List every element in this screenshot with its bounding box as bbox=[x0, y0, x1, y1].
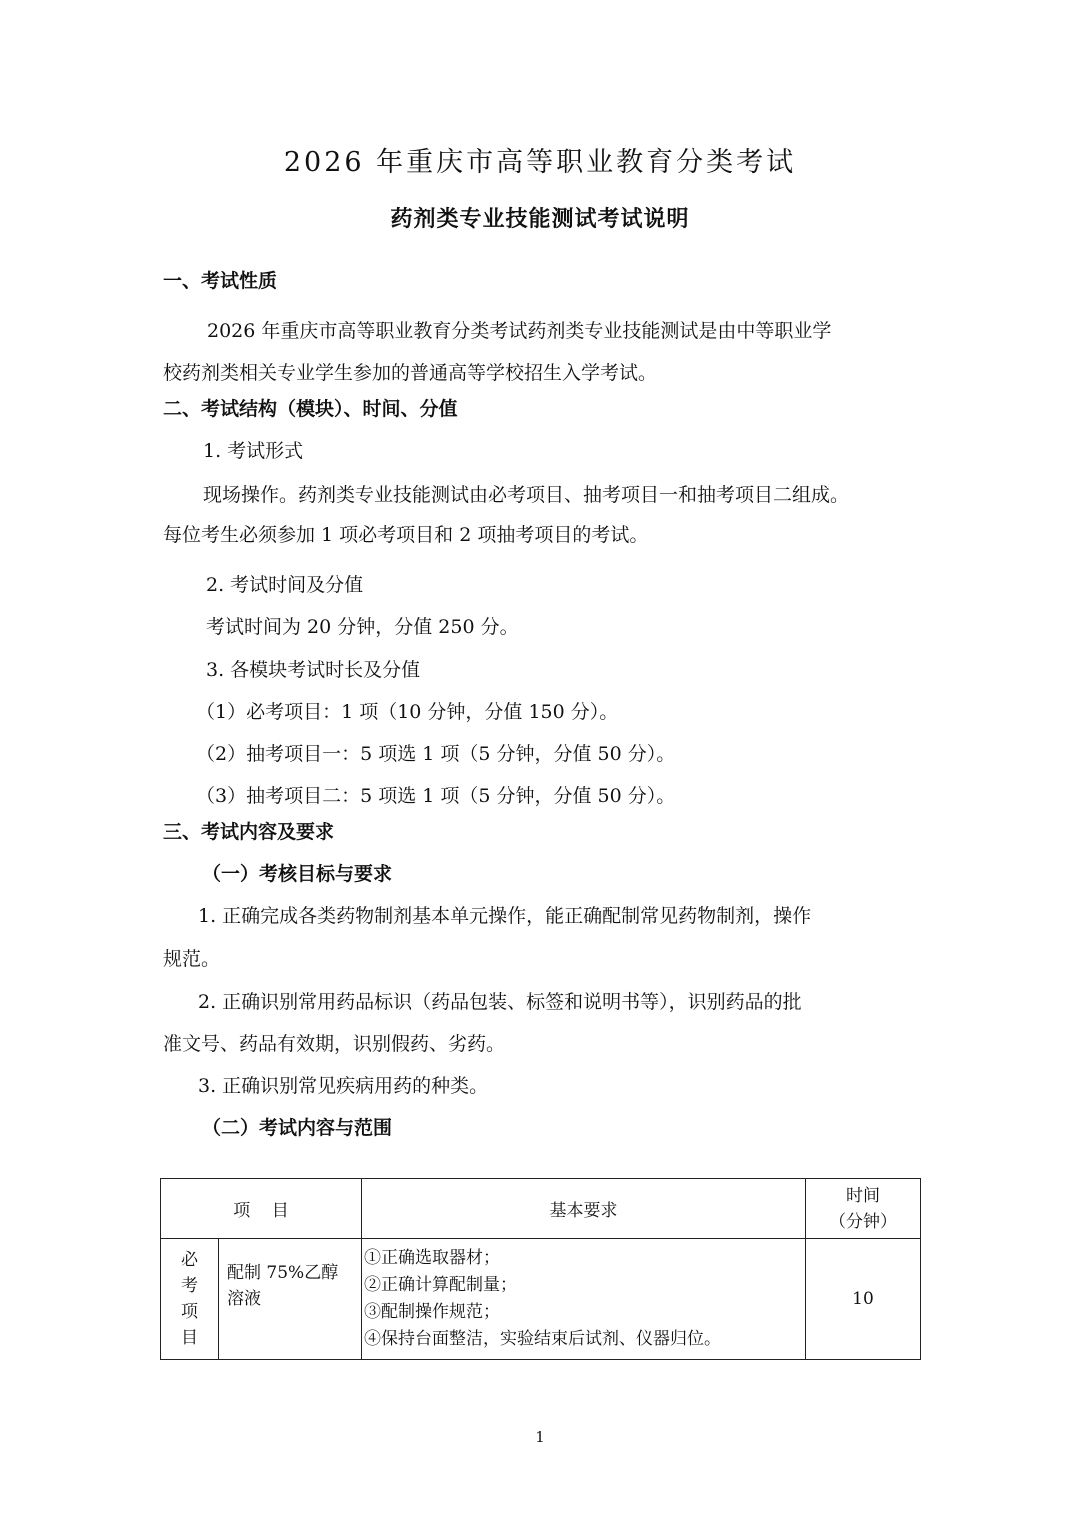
item-name-line: 溶液 bbox=[227, 1286, 360, 1312]
paragraph-line: 校药剂类相关专业学生参加的普通高等学校招生入学考试。 bbox=[163, 358, 657, 385]
section-heading-structure: 二、考试结构（模块）、时间、分值 bbox=[163, 394, 458, 421]
module-line: （1）必考项目：1 项（10 分钟，分值 150 分）。 bbox=[196, 697, 618, 724]
header-item: 项 目 bbox=[161, 1179, 362, 1239]
header-requirements: 基本要求 bbox=[362, 1179, 806, 1239]
requirement-line: ②正确计算配制量； bbox=[364, 1272, 804, 1299]
section-heading-content: 三、考试内容及要求 bbox=[163, 817, 334, 844]
document-subtitle: 药剂类专业技能测试考试说明 bbox=[0, 202, 1080, 233]
goal-line: 准文号、药品有效期，识别假药、劣药。 bbox=[163, 1029, 505, 1056]
table-header-row: 项 目 基本要求 时间 （分钟） bbox=[161, 1179, 921, 1239]
module-line: （3）抽考项目二：5 项选 1 项（5 分钟，分值 50 分）。 bbox=[196, 781, 675, 808]
item-name-cell: 配制 75%乙醇 溶液 bbox=[219, 1239, 362, 1360]
category-char: 项 bbox=[162, 1299, 217, 1325]
exam-content-table: 项 目 基本要求 时间 （分钟） 必 考 项 目 配制 75%乙醇 溶液 ①正确… bbox=[160, 1178, 921, 1360]
requirements-cell: ①正确选取器材； ②正确计算配制量； ③配制操作规范； ④保持台面整洁，实验结束… bbox=[362, 1239, 806, 1360]
table-row: 必 考 项 目 配制 75%乙醇 溶液 ①正确选取器材； ②正确计算配制量； ③… bbox=[161, 1239, 921, 1360]
category-char: 目 bbox=[162, 1325, 217, 1351]
paragraph-line: 每位考生必须参加 1 项必考项目和 2 项抽考项目的考试。 bbox=[163, 520, 648, 547]
category-char: 必 bbox=[162, 1247, 217, 1273]
paragraph-line: 现场操作。药剂类专业技能测试由必考项目、抽考项目一和抽考项目二组成。 bbox=[203, 480, 849, 507]
requirement-line: ④保持台面整洁，实验结束后试剂、仪器归位。 bbox=[364, 1326, 804, 1353]
goal-line: 3. 正确识别常见疾病用药的种类。 bbox=[198, 1071, 488, 1098]
paragraph-line: 考试时间为 20 分钟，分值 250 分。 bbox=[206, 612, 519, 639]
header-time-line2: （分钟） bbox=[807, 1209, 919, 1235]
module-line: （2）抽考项目一：5 项选 1 项（5 分钟，分值 50 分）。 bbox=[196, 739, 675, 766]
requirement-line: ①正确选取器材； bbox=[364, 1245, 804, 1272]
header-time-line1: 时间 bbox=[807, 1183, 919, 1209]
header-time: 时间 （分钟） bbox=[806, 1179, 921, 1239]
page-number: 1 bbox=[0, 1428, 1080, 1446]
item-label-format: 1. 考试形式 bbox=[203, 436, 303, 463]
section-heading-nature: 一、考试性质 bbox=[163, 266, 277, 293]
time-cell: 10 bbox=[806, 1239, 921, 1360]
goal-line: 1. 正确完成各类药物制剂基本单元操作，能正确配制常见药物制剂，操作 bbox=[198, 901, 811, 928]
paragraph-line: 2026 年重庆市高等职业教育分类考试药剂类专业技能测试是由中等职业学 bbox=[207, 316, 831, 343]
subsection-heading-goals: （一）考核目标与要求 bbox=[202, 859, 392, 886]
subsection-heading-scope: （二）考试内容与范围 bbox=[202, 1113, 392, 1140]
item-label-module-time: 3. 各模块考试时长及分值 bbox=[206, 655, 420, 682]
item-name-line: 配制 75%乙醇 bbox=[227, 1260, 360, 1286]
category-char: 考 bbox=[162, 1273, 217, 1299]
requirement-line: ③配制操作规范； bbox=[364, 1299, 804, 1326]
goal-line: 规范。 bbox=[163, 944, 220, 971]
document-title: 2026 年重庆市高等职业教育分类考试 bbox=[0, 140, 1080, 179]
category-cell: 必 考 项 目 bbox=[161, 1239, 219, 1360]
item-label-time-score: 2. 考试时间及分值 bbox=[206, 570, 363, 597]
goal-line: 2. 正确识别常用药品标识（药品包装、标签和说明书等），识别药品的批 bbox=[198, 987, 802, 1014]
